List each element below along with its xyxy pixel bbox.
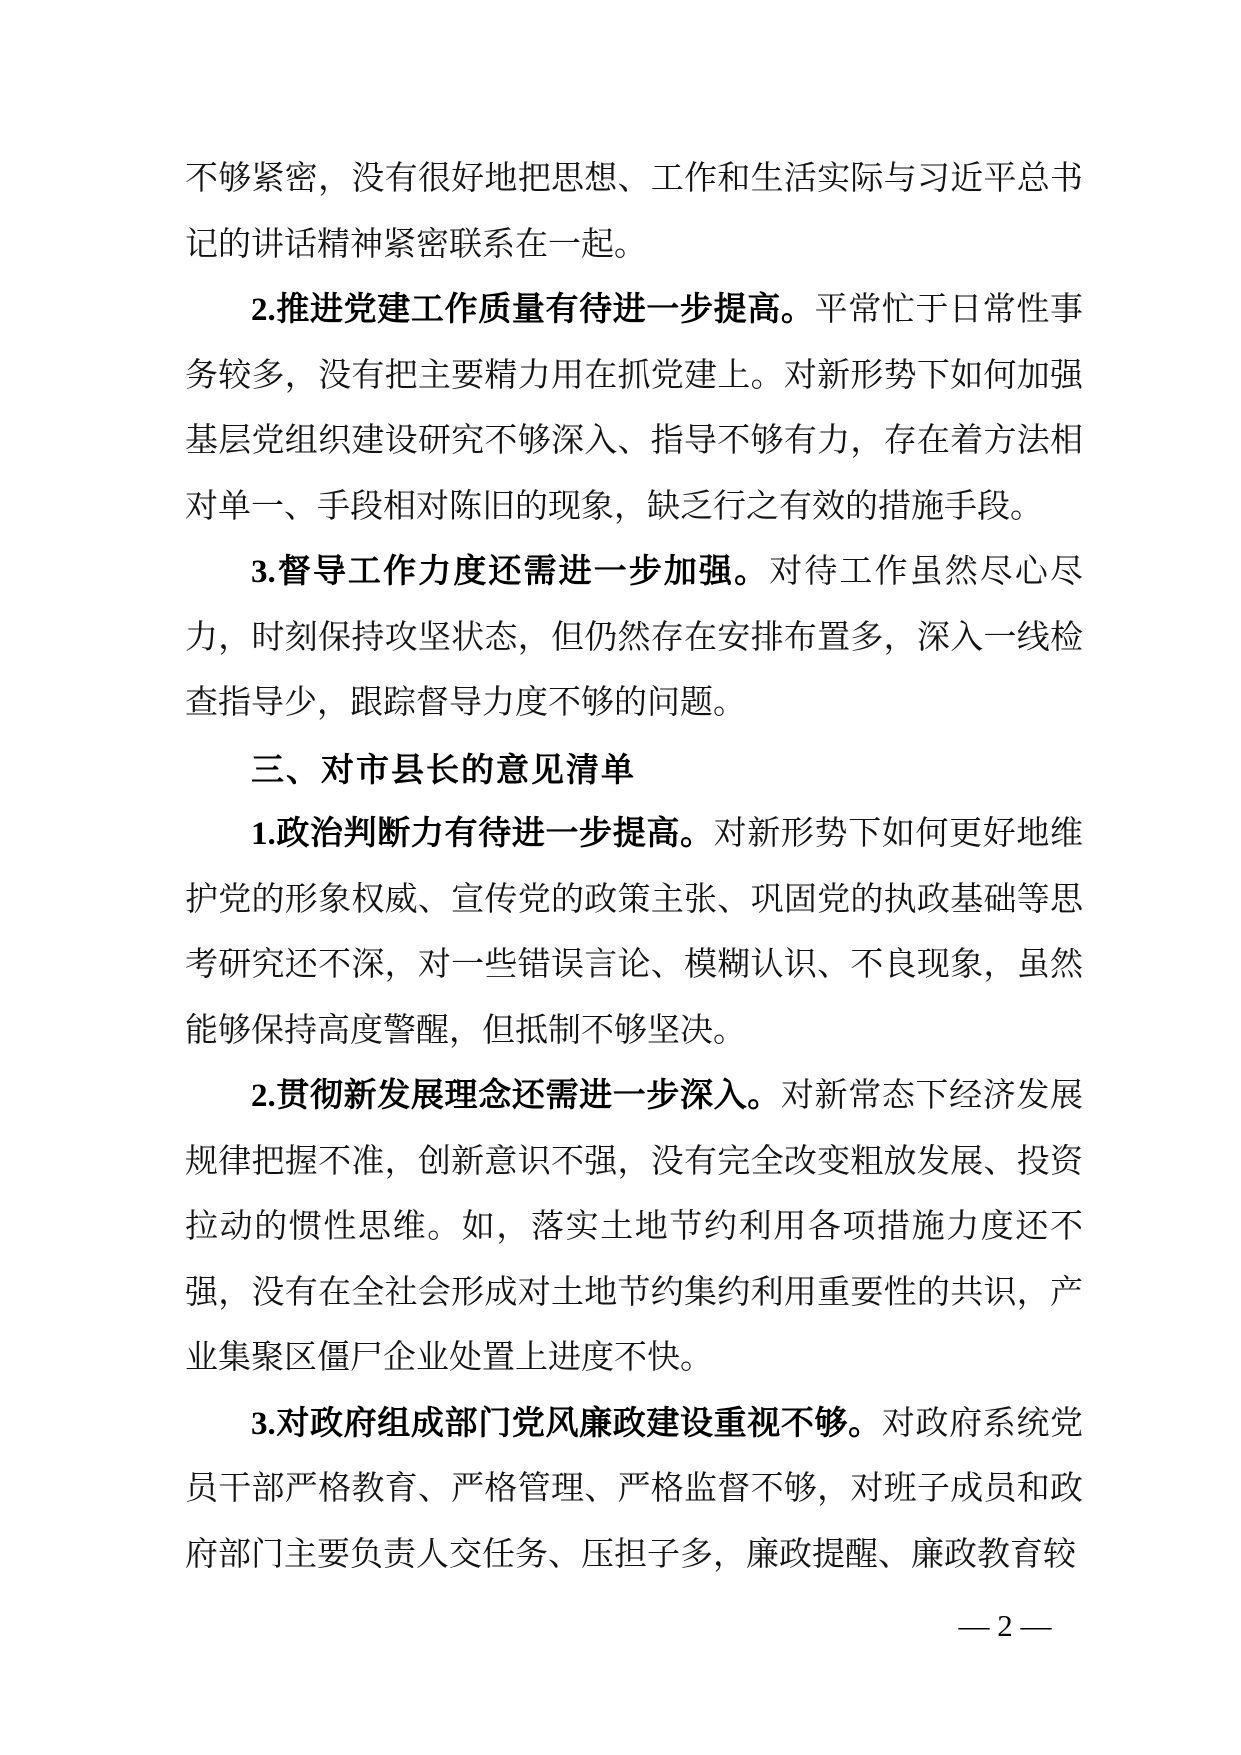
document-page: 不够紧密，没有很好地把思想、工作和生活实际与习近平总书记的讲话精神紧密联系在一起… (0, 0, 1241, 1755)
document-body: 不够紧密，没有很好地把思想、工作和生活实际与习近平总书记的讲话精神紧密联系在一起… (185, 147, 1083, 1588)
page-number: — 2 — (950, 1608, 1060, 1644)
heading-text: 三、对市县长的意见清单 (251, 751, 636, 788)
paragraph-lead: 3.对政府组成部门党风廉政建设重视不够。 (251, 1406, 882, 1442)
paragraph-lead: 2.推进党建工作质量有待进一步提高。 (251, 292, 815, 328)
paragraph-lead: 1.政治判断力有待进一步提高。 (251, 816, 714, 852)
numbered-paragraph: 3.对政府组成部门党风廉政建设重视不够。对政府系统党员干部严格教育、严格管理、严… (185, 1392, 1083, 1589)
section-heading: 三、对市县长的意见清单 (185, 737, 1083, 803)
paragraph-text: 对新常态下经济发展规律把握不准，创新意识不强，没有完全改变粗放发展、投资拉动的惯… (185, 1078, 1083, 1376)
numbered-paragraph: 1.政治判断力有待进一步提高。对新形势下如何更好地维护党的形象权威、宣传党的政策… (185, 802, 1083, 1064)
paragraph-lead: 3.督导工作力度还需进一步加强。 (251, 554, 769, 590)
continuation-paragraph: 不够紧密，没有很好地把思想、工作和生活实际与习近平总书记的讲话精神紧密联系在一起… (185, 147, 1083, 278)
numbered-paragraph: 3.督导工作力度还需进一步加强。对待工作虽然尽心尽力，时刻保持攻坚状态，但仍然存… (185, 540, 1083, 737)
paragraph-lead: 2.贯彻新发展理念还需进一步深入。 (251, 1078, 781, 1114)
paragraph-text: 不够紧密，没有很好地把思想、工作和生活实际与习近平总书记的讲话精神紧密联系在一起… (185, 161, 1083, 263)
numbered-paragraph: 2.推进党建工作质量有待进一步提高。平常忙于日常性事务较多，没有把主要精力用在抓… (185, 278, 1083, 540)
numbered-paragraph: 2.贯彻新发展理念还需进一步深入。对新常态下经济发展规律把握不准，创新意识不强，… (185, 1064, 1083, 1392)
